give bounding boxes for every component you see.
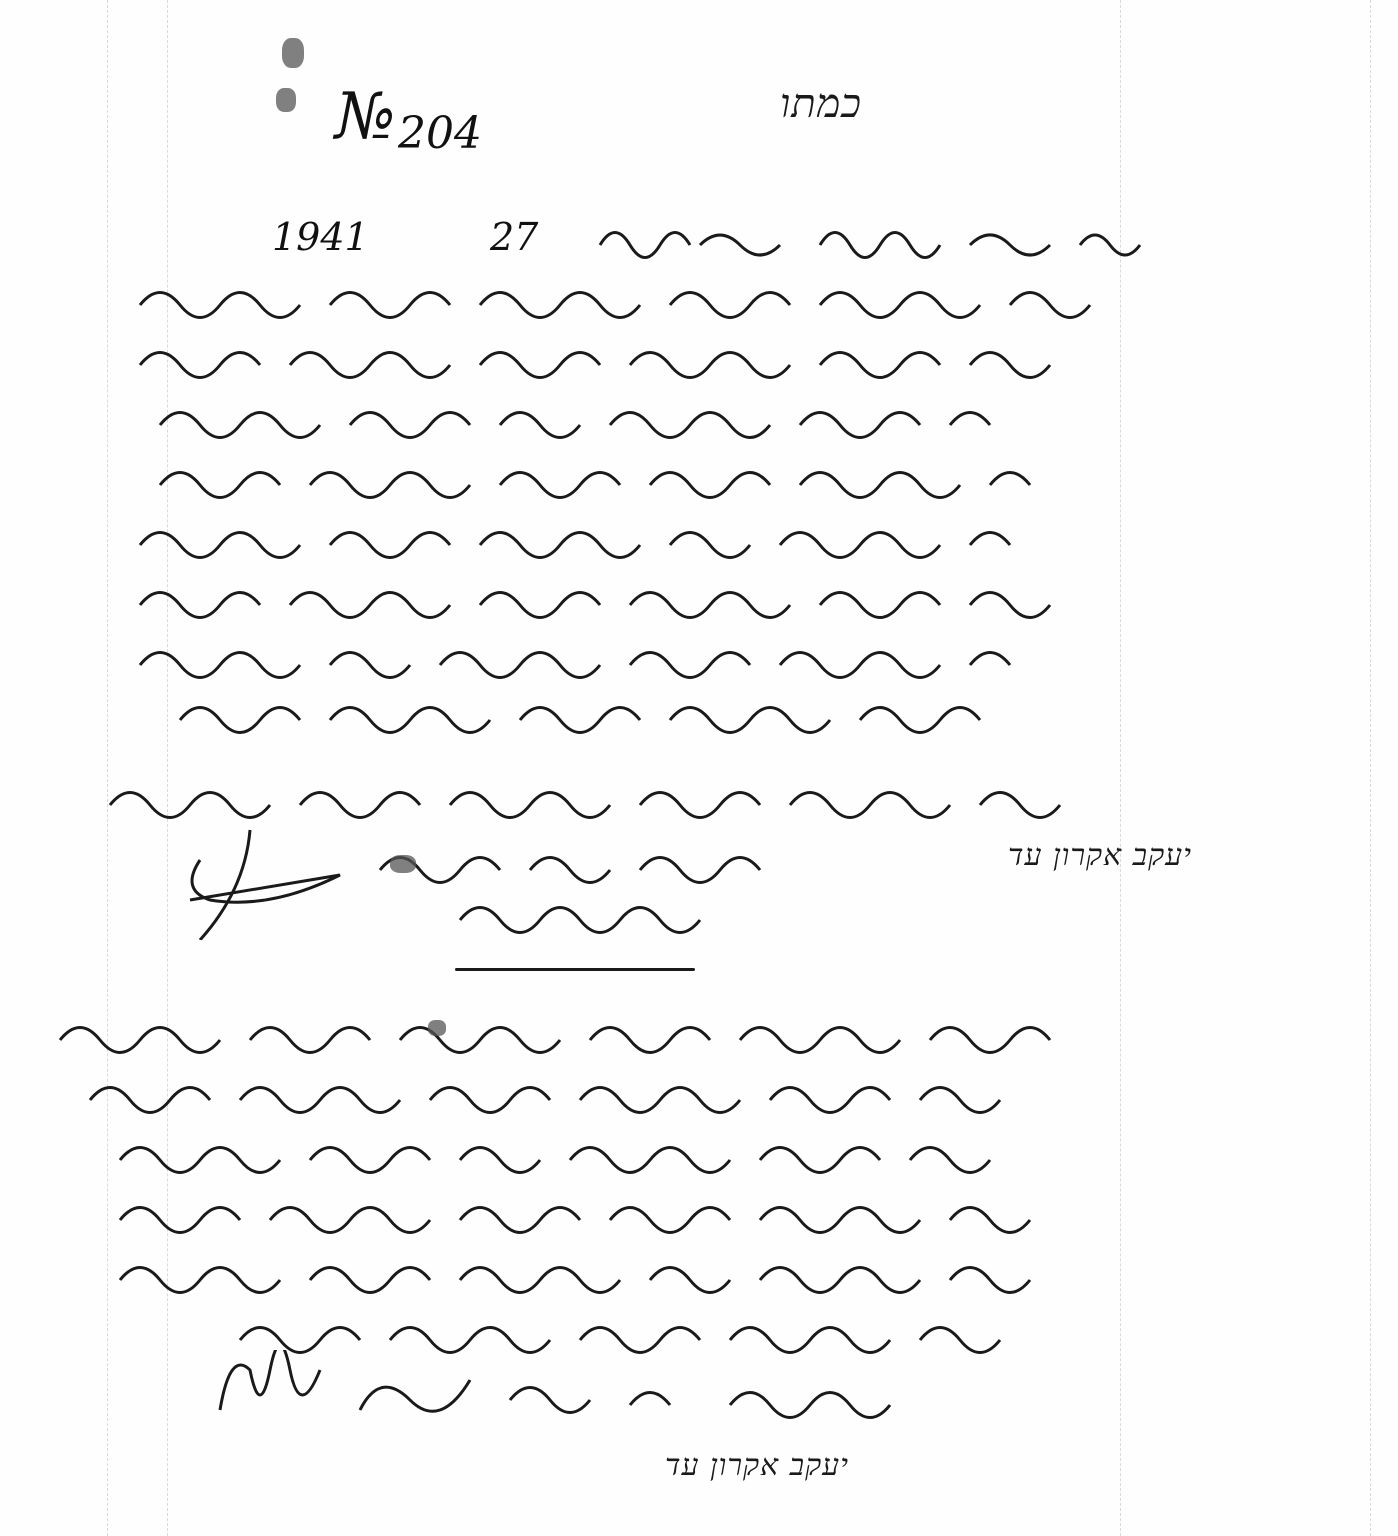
body-section-2-handwriting xyxy=(40,1000,1390,1360)
signature-2 xyxy=(370,830,850,940)
number-symbol: № xyxy=(335,80,396,154)
ink-stain xyxy=(428,1020,446,1036)
ink-stain xyxy=(390,855,416,873)
signature-1 xyxy=(170,820,390,940)
header-title: כמתו xyxy=(780,80,862,127)
document-number: 204 xyxy=(398,108,482,159)
document-page: № 204 כמתו 1941 27 יעקב אקרון עד xyxy=(0,0,1398,1536)
witness-name-2: יעקב אקרון עד xyxy=(665,1448,849,1483)
section-divider xyxy=(455,968,695,971)
ink-stain xyxy=(276,88,296,112)
body-section-1-handwriting xyxy=(100,270,1380,740)
date-day: 27 xyxy=(490,215,538,259)
date-year: 1941 xyxy=(272,215,369,259)
signature-block-2 xyxy=(210,1350,970,1450)
witness-name-1: יעקב אקרון עד xyxy=(1008,838,1192,873)
ink-stain xyxy=(282,38,304,68)
